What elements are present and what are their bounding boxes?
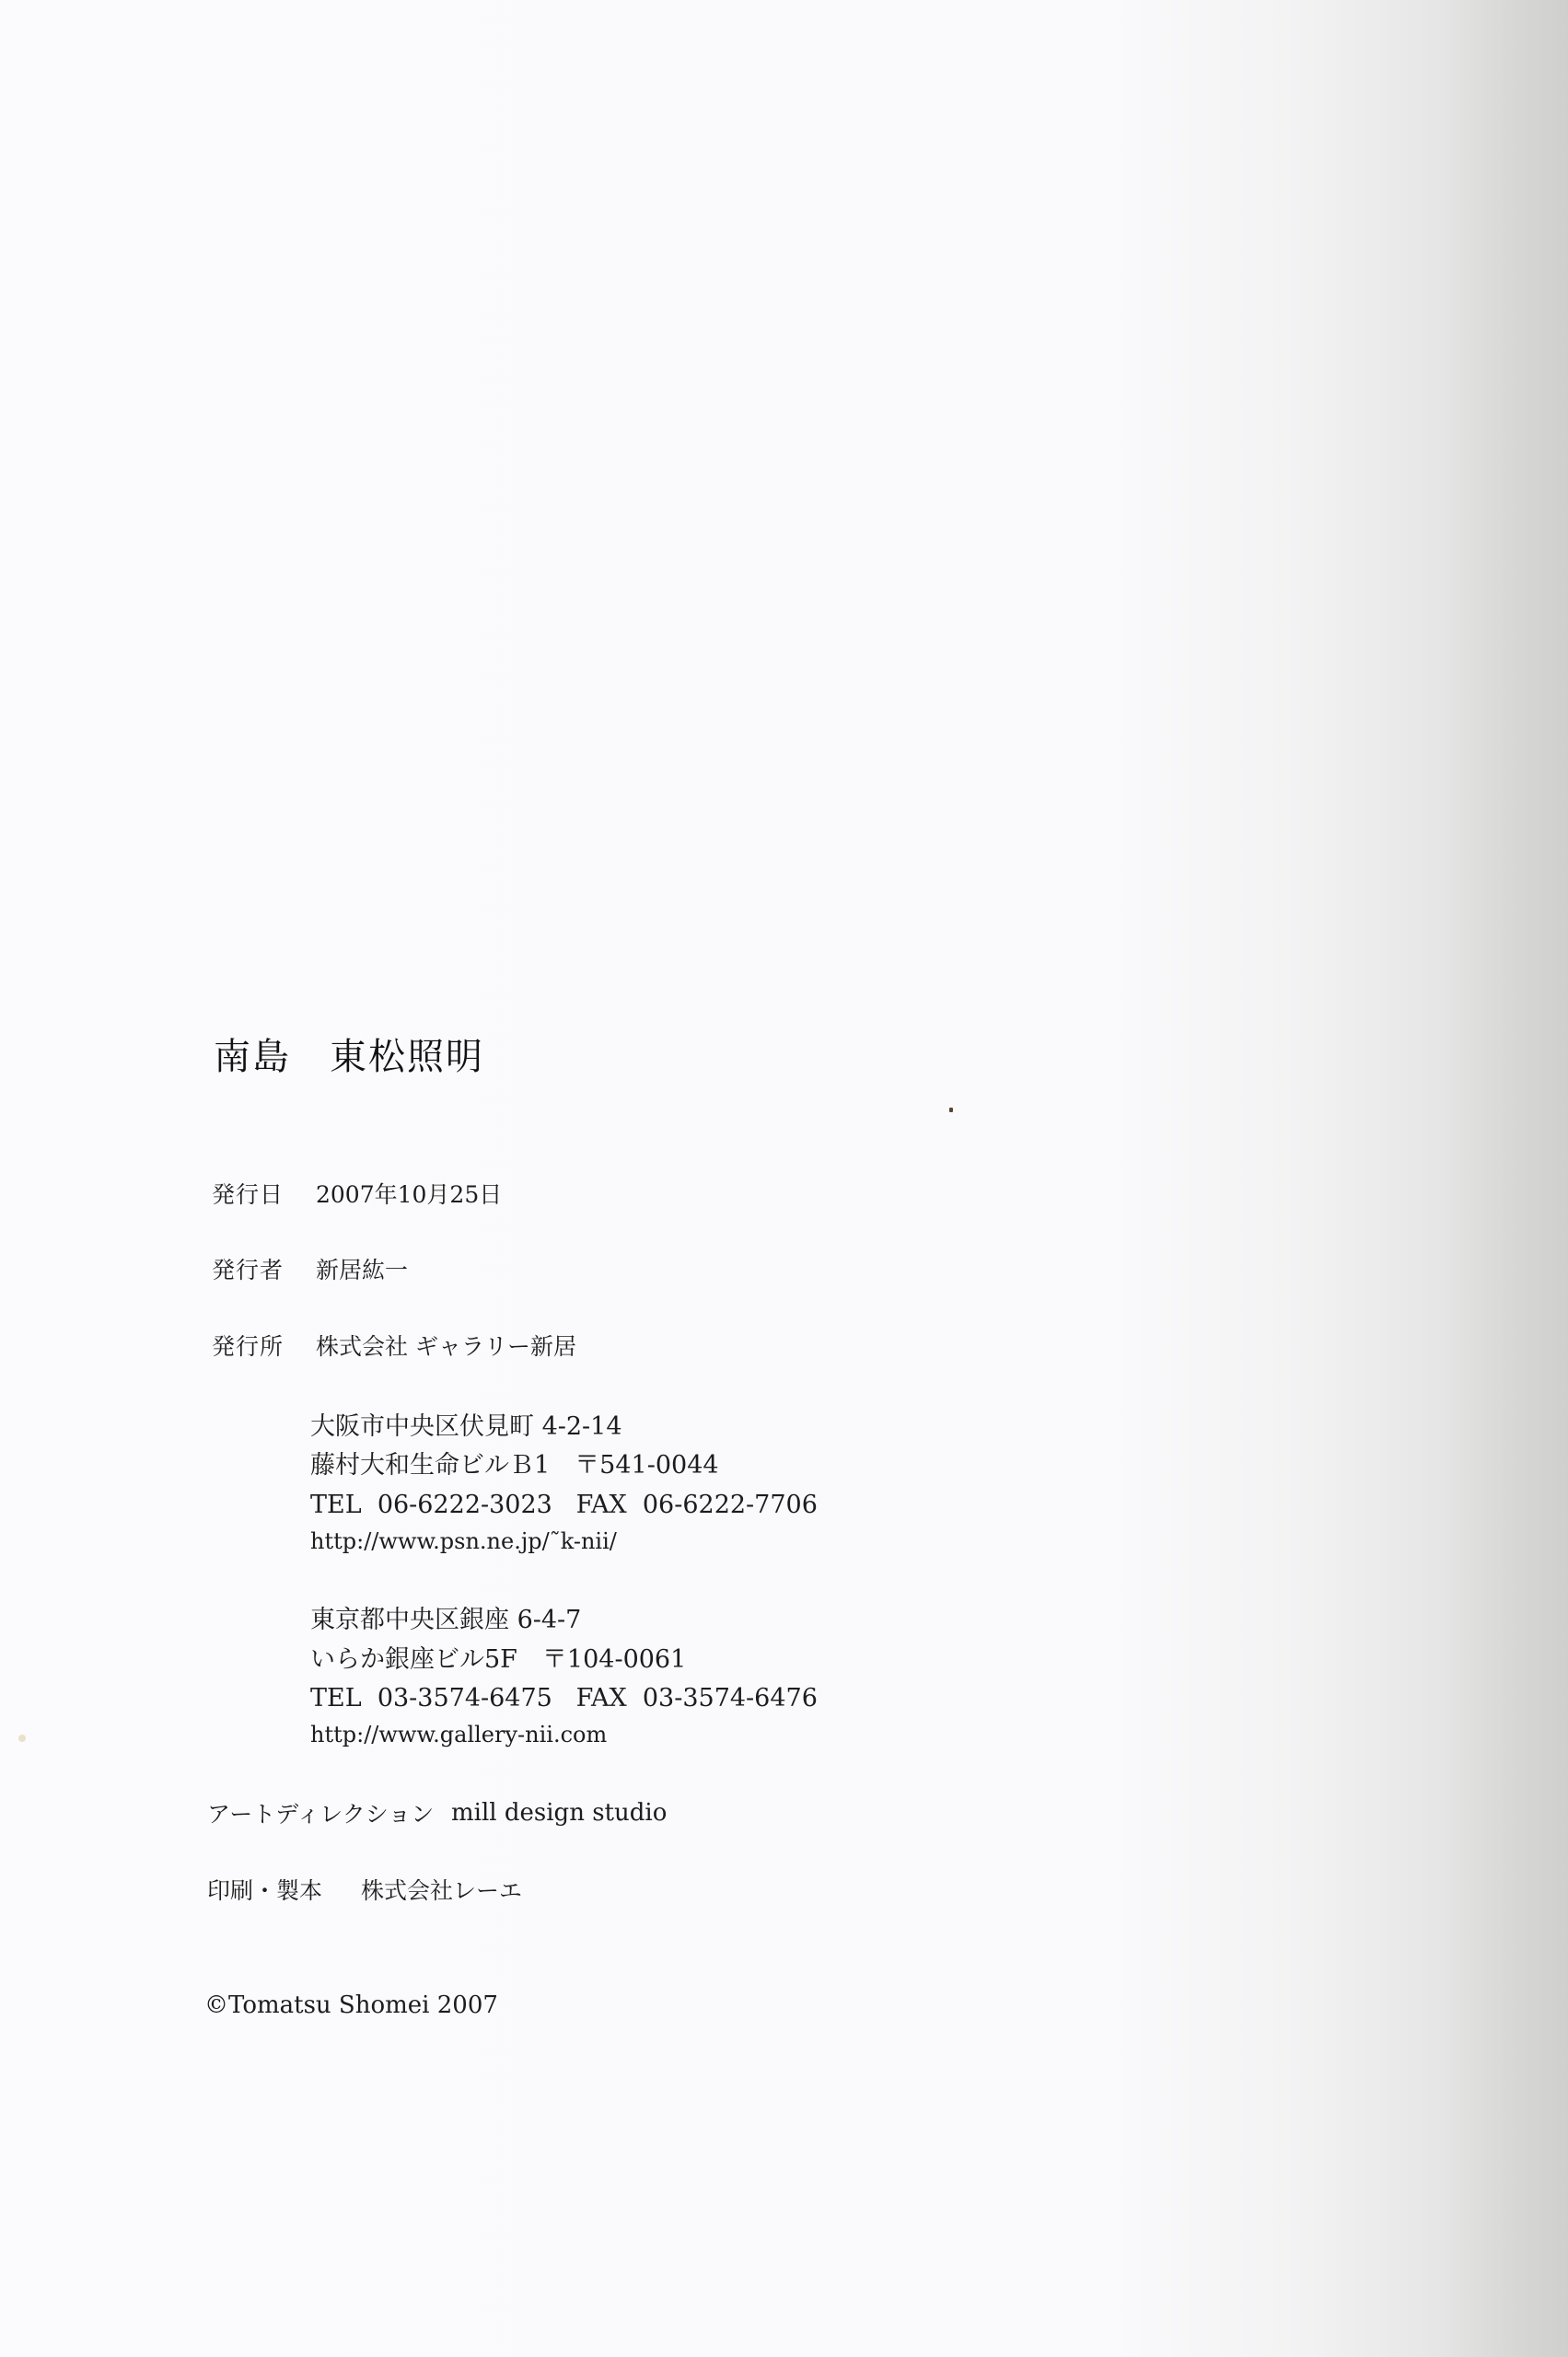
publishing-house-label: 発行所 [212, 1335, 284, 1358]
publisher-label: 発行者 [212, 1259, 284, 1282]
publishing-house-value: 株式会社 ギャラリー新居 [316, 1335, 576, 1358]
publisher-value: 新居紘一 [316, 1259, 408, 1282]
copyright-notice: ©Tomatsu Shomei 2007 [204, 1993, 498, 2017]
paper-speck [18, 1735, 26, 1742]
osaka-address-line2: 藤村大和生命ビルＢ1 〒541-0044 [310, 1453, 719, 1478]
osaka-address-line1: 大阪市中央区伏見町 4-2-14 [310, 1414, 622, 1439]
printing-binding-label: 印刷・製本 [207, 1879, 322, 1902]
tokyo-address-line2: いらか銀座ビル5F 〒104-0061 [310, 1647, 686, 1672]
tokyo-phone-fax: TEL 03-3574-6475 FAX 03-3574-6476 [310, 1686, 818, 1711]
tokyo-url: http://www.gallery-nii.com [310, 1724, 607, 1746]
colophon-page: 南島 東松照明 発行日 2007年10月25日 発行者 新居紘一 発行所 株式会… [0, 0, 1568, 2357]
tokyo-address-line1: 東京都中央区銀座 6-4-7 [310, 1608, 581, 1632]
art-direction-label: アートディレクション [207, 1803, 434, 1826]
publish-date-value: 2007年10月25日 [316, 1183, 502, 1206]
osaka-url: http://www.psn.ne.jp/˜k-nii/ [310, 1530, 617, 1552]
art-direction-value: mill design studio [451, 1801, 667, 1825]
publish-date-label: 発行日 [212, 1183, 284, 1206]
printing-binding-value: 株式会社レーエ [361, 1879, 522, 1902]
osaka-phone-fax: TEL 06-6222-3023 FAX 06-6222-7706 [310, 1492, 818, 1517]
paper-speck [949, 1108, 953, 1112]
book-title: 南島 東松照明 [214, 1039, 484, 1075]
